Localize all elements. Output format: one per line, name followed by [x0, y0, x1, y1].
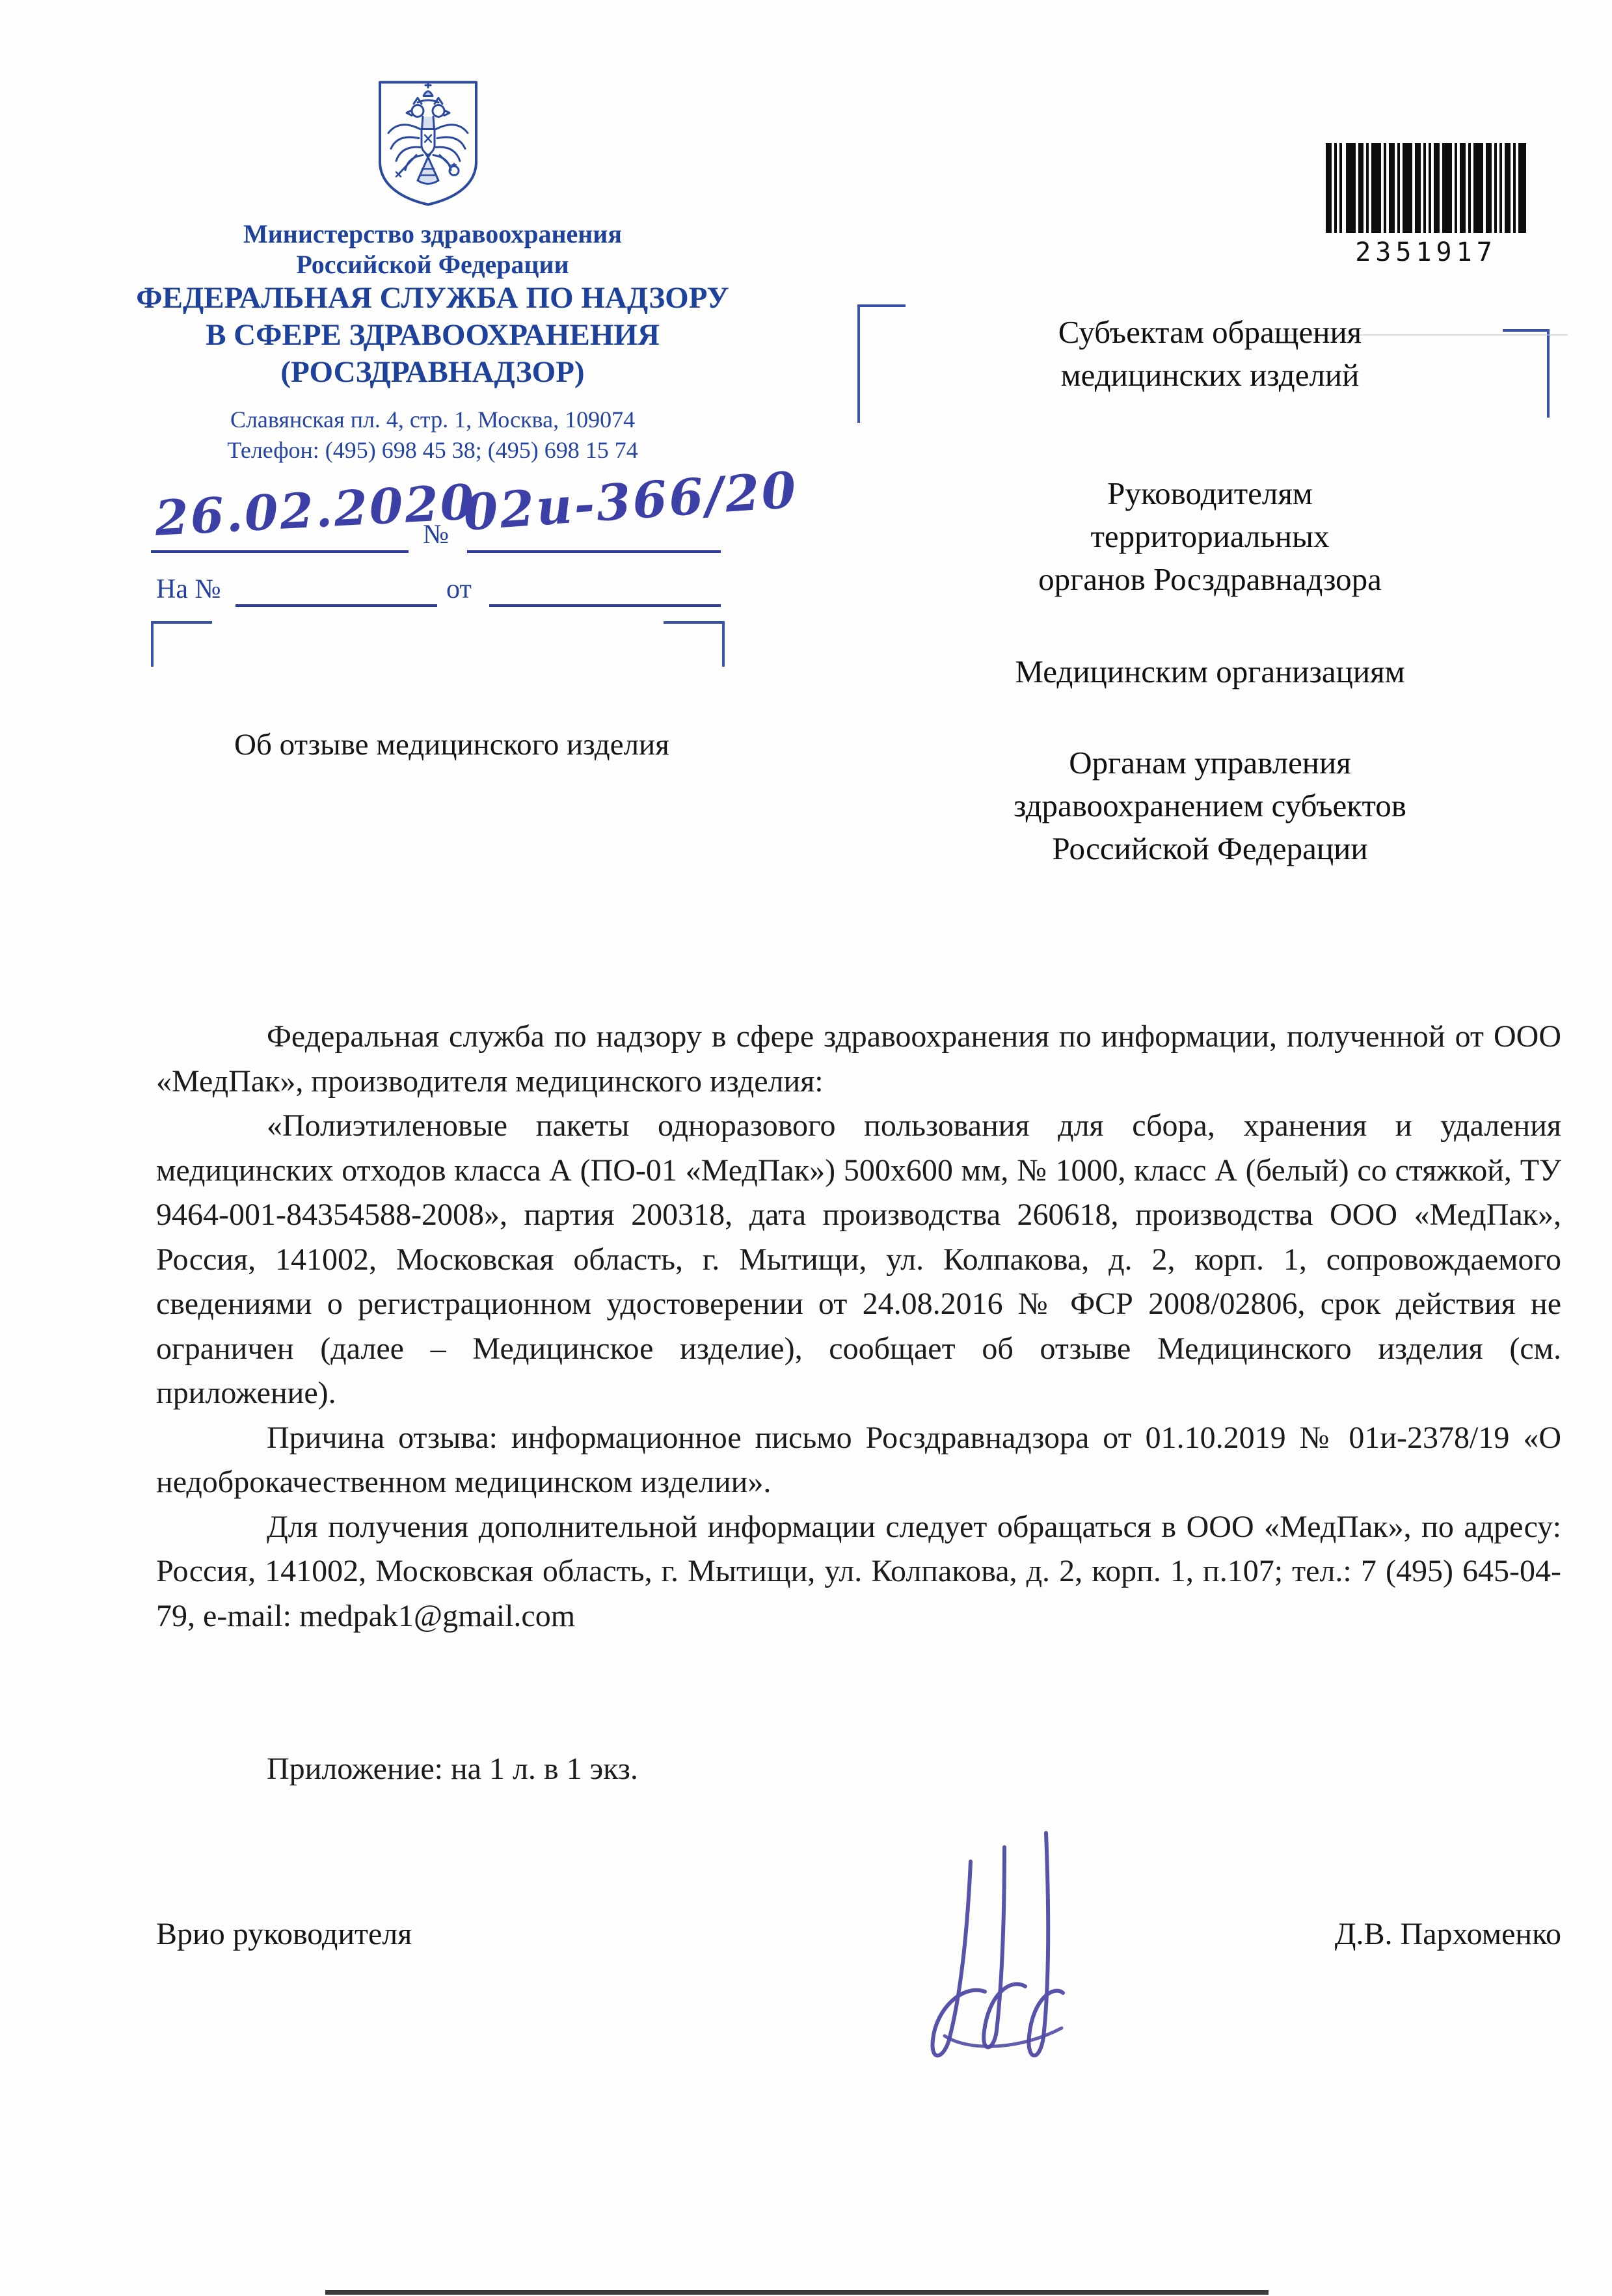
barcode-icon	[1326, 143, 1526, 233]
body-paragraph: Для получения дополнительной информации …	[156, 1505, 1561, 1639]
signer-name: Д.В. Пархоменко	[1275, 1916, 1561, 1952]
addressee-zone-corner-left-icon	[857, 304, 906, 423]
attachment-note: Приложение: на 1 л. в 1 экз.	[156, 1751, 1067, 1787]
ministry-line1: Министерство здравоохранения	[124, 219, 742, 249]
service-header: ФЕДЕРАЛЬНАЯ СЛУЖБА ПО НАДЗОРУ В СФЕРЕ ЗД…	[124, 280, 742, 391]
body-paragraph: «Полиэтиленовые пакеты одноразового поль…	[156, 1104, 1561, 1416]
recipient-group-1: Субъектам обращения медицинских изделий	[937, 311, 1483, 397]
recipient-line: Руководителям	[937, 472, 1483, 515]
recipient-line: Медицинским организациям	[937, 650, 1483, 693]
date-underline	[151, 550, 409, 553]
reply-number-underline	[235, 604, 437, 607]
handwritten-signature-icon	[906, 1821, 1101, 2081]
recipient-line: Органам управления	[937, 741, 1483, 784]
signer-position-title: Врио руководителя	[156, 1916, 412, 1952]
reply-to-number-label: На №	[156, 574, 221, 605]
service-line3: (РОСЗДРАВНАДЗОР)	[124, 354, 742, 391]
body-paragraph: Причина отзыва: информационное письмо Ро…	[156, 1416, 1561, 1505]
service-line2: В СФЕРЕ ЗДРАВООХРАНЕНИЯ	[124, 317, 742, 354]
handwritten-outgoing-number: 02и-366/20	[462, 461, 800, 542]
stamp-zone-corner-right-icon	[664, 621, 725, 667]
recipient-line: Субъектам обращения	[937, 311, 1483, 354]
contact-block: Славянская пл. 4, стр. 1, Москва, 109074…	[124, 405, 742, 466]
reply-from-label: от	[446, 574, 472, 605]
ministry-header: Министерство здравоохранения Российской …	[124, 219, 742, 280]
subject-line: Об отзыве медицинского изделия	[234, 727, 669, 762]
ministry-line2: Российской Федерации	[124, 249, 742, 280]
number-sign-label: №	[423, 519, 449, 550]
recipient-line: медицинских изделий	[937, 354, 1483, 397]
recipient-line: территориальных	[937, 515, 1483, 558]
recipient-line: органов Росздравнадзора	[937, 558, 1483, 601]
recipient-line: Российской Федерации	[937, 827, 1483, 870]
recipient-group-4: Органам управления здравоохранением субъ…	[937, 741, 1483, 870]
stamp-zone-corner-left-icon	[151, 621, 212, 667]
barcode-block: 2351917	[1326, 143, 1526, 267]
recipient-line: здравоохранением субъектов	[937, 784, 1483, 827]
service-line1: ФЕДЕРАЛЬНАЯ СЛУЖБА ПО НАДЗОРУ	[124, 280, 742, 317]
phone-numbers: Телефон: (495) 698 45 38; (495) 698 15 7…	[124, 435, 742, 466]
barcode-number: 2351917	[1326, 237, 1526, 267]
postal-address: Славянская пл. 4, стр. 1, Москва, 109074	[124, 405, 742, 435]
number-underline	[467, 550, 721, 553]
recipient-group-2: Руководителям территориальных органов Ро…	[937, 472, 1483, 601]
recipient-group-3: Медицинским организациям	[937, 650, 1483, 693]
scanned-letter-page: Министерство здравоохранения Российской …	[0, 0, 1612, 2296]
letter-body: Федеральная служба по надзору в сфере зд…	[156, 1015, 1561, 1638]
body-paragraph: Федеральная служба по надзору в сфере зд…	[156, 1015, 1561, 1104]
scan-edge-artifact	[325, 2290, 1269, 2295]
reply-date-underline	[489, 604, 721, 607]
russia-coat-of-arms-icon	[376, 77, 480, 210]
addressee-zone-corner-right-icon	[1503, 329, 1550, 418]
